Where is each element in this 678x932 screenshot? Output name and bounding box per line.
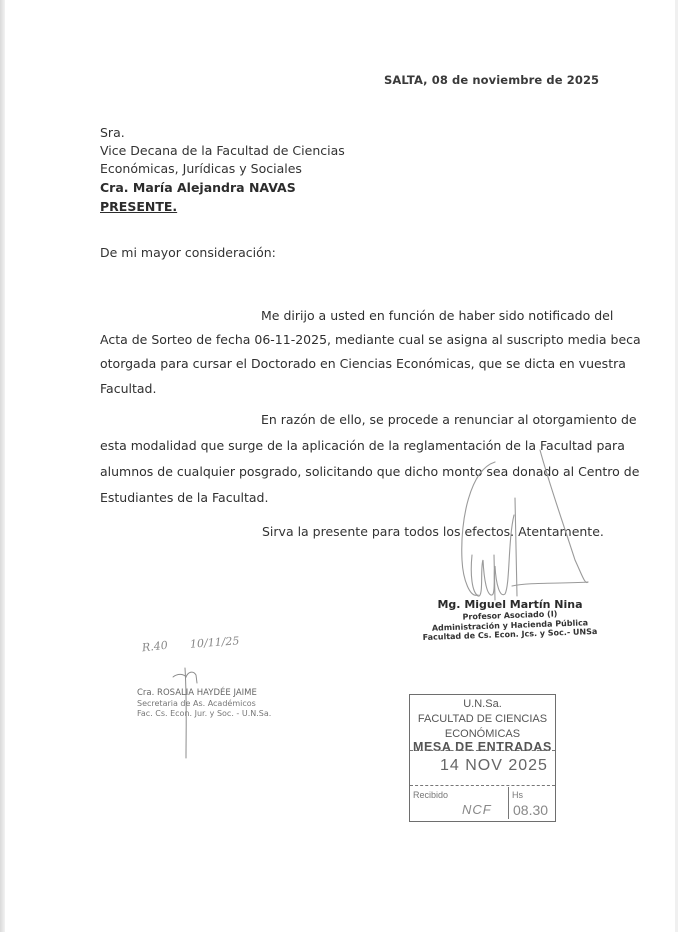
- stamp-institution: U.N.Sa.: [410, 695, 555, 710]
- stamp-vertical-divider: [508, 787, 509, 819]
- handwritten-note-date: 10/11/25: [190, 634, 240, 650]
- paragraph-2-line-2: esta modalidad que surge de la aplicació…: [100, 438, 606, 453]
- recipient-salutation: Sra.: [100, 125, 125, 140]
- greeting: De mi mayor consideración:: [100, 245, 276, 260]
- stamp-time-label: Hs: [512, 790, 523, 800]
- stamp-divider-top: [410, 750, 555, 751]
- page-left-edge-shadow: [0, 0, 5, 932]
- recipient-line-2: Económicas, Jurídicas y Sociales: [100, 161, 302, 176]
- stamp-divider-bottom: [410, 785, 555, 786]
- stamp-received-label: Recibido: [413, 790, 448, 800]
- signatory-block: Mg. Miguel Martín Nina Profesor Asociado…: [420, 598, 600, 640]
- reception-stamp: U.N.Sa. FACULTAD DE CIENCIAS ECONÓMICAS …: [409, 694, 556, 822]
- place-date: SALTA, 08 de noviembre de 2025: [384, 73, 599, 87]
- stamp-time: 08.30: [513, 802, 548, 818]
- paragraph-2-line-3: alumnos de cualquier posgrado, solicitan…: [100, 464, 606, 479]
- secretary-faculty: Fac. Cs. Econ. Jur. y Soc. - U.N.Sa.: [137, 709, 271, 720]
- recipient-line-1: Vice Decana de la Facultad de Ciencias: [100, 143, 345, 158]
- paragraph-1-line-2: Acta de Sorteo de fecha 06-11-2025, medi…: [100, 332, 606, 347]
- secretary-title: Secretaria de As. Académicos: [137, 699, 271, 710]
- recipient-name: Cra. María Alejandra NAVAS: [100, 180, 296, 195]
- stamp-date: 14 NOV 2025: [440, 757, 548, 775]
- paragraph-1-line-1: Me dirijo a usted en función de haber si…: [261, 308, 606, 323]
- stamp-received-by: NCF: [462, 802, 492, 817]
- stamp-faculty-line-1: FACULTAD DE CIENCIAS: [410, 710, 555, 725]
- secretary-block: Cra. ROSALIA HAYDÉE JAIME Secretaria de …: [137, 688, 271, 720]
- handwritten-note-ref: R.40: [141, 639, 168, 655]
- paragraph-2-line-1: En razón de ello, se procede a renunciar…: [261, 412, 606, 427]
- stamp-faculty-line-2: ECONÓMICAS: [410, 725, 555, 740]
- closing: Sirva la presente para todos los efectos…: [262, 524, 604, 539]
- paragraph-2-line-4: Estudiantes de la Facultad.: [100, 490, 606, 505]
- paragraph-1-line-4: Facultad.: [100, 381, 606, 396]
- secretary-name: Cra. ROSALIA HAYDÉE JAIME: [137, 688, 271, 699]
- stamp-office: MESA DE ENTRADAS: [410, 740, 555, 754]
- recipient-presente: PRESENTE.: [100, 199, 177, 214]
- paragraph-1-line-3: otorgada para cursar el Doctorado en Cie…: [100, 356, 606, 371]
